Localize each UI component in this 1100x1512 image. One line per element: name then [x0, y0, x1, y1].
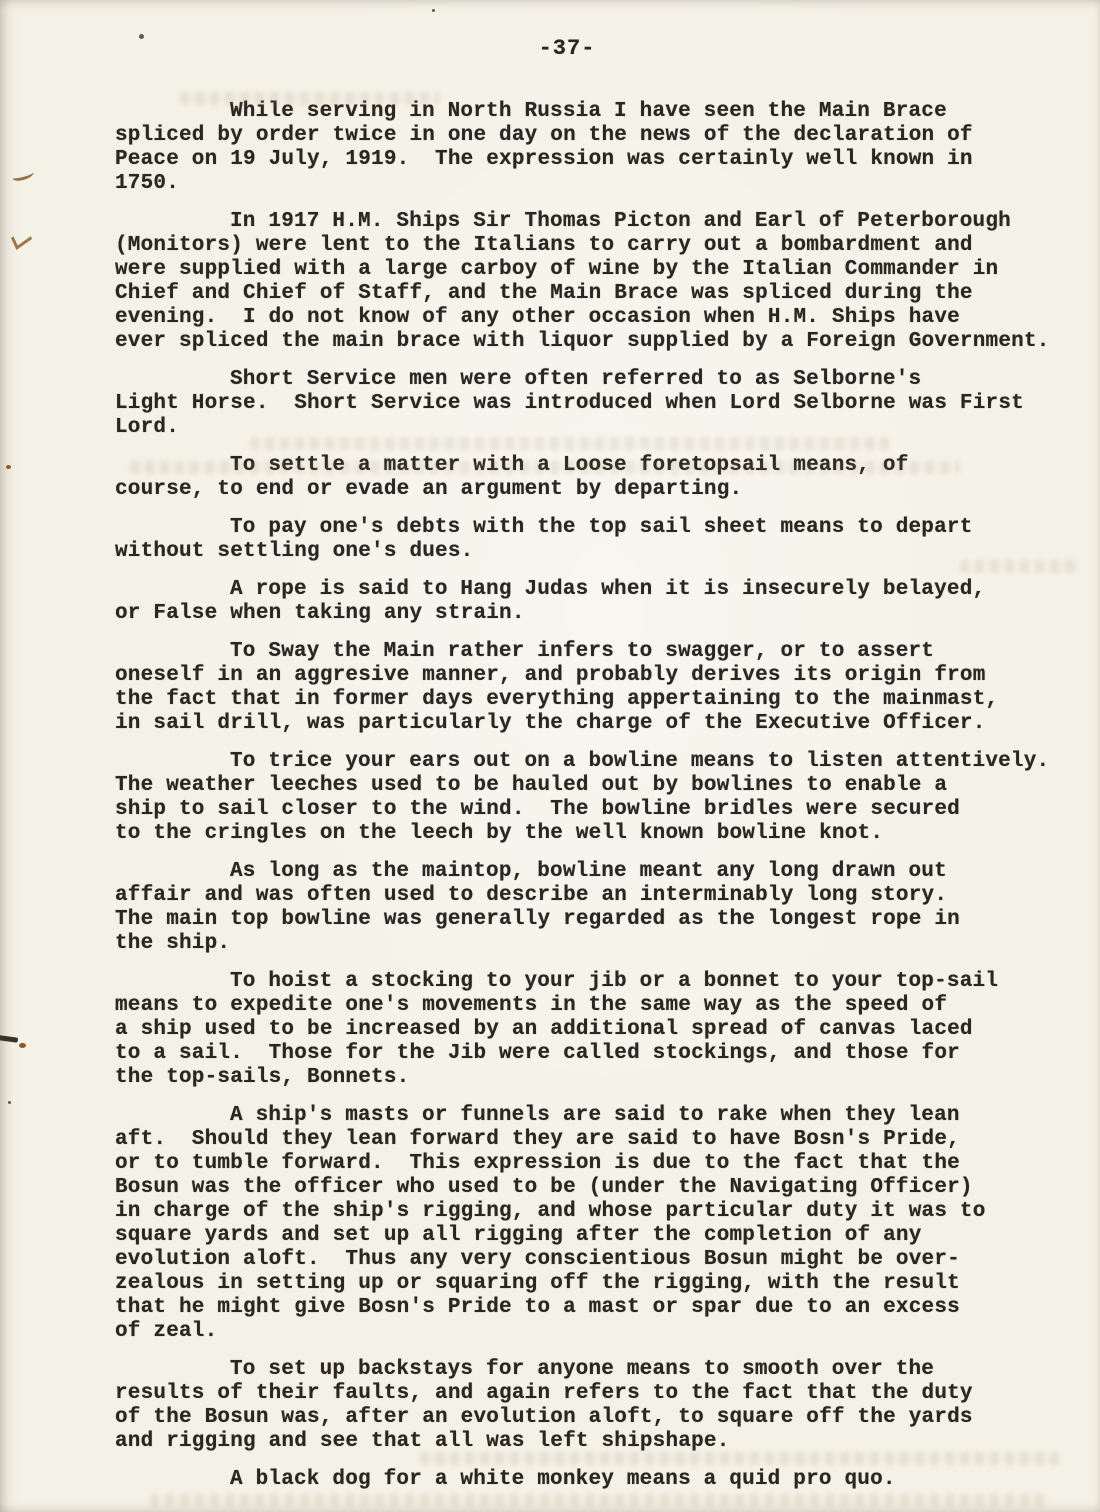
- text-line: A rope is said to Hang Judas when it is …: [115, 578, 1090, 602]
- text-line: evolution aloft. Thus any very conscient…: [115, 1248, 1090, 1272]
- paragraph: In 1917 H.M. Ships Sir Thomas Picton and…: [115, 210, 1090, 354]
- margin-pencil-mark: [6, 465, 11, 469]
- text-line: square yards and set up all rigging afte…: [115, 1224, 1090, 1248]
- paragraph: A black dog for a white monkey means a q…: [115, 1468, 1090, 1492]
- text-line: the fact that in former days everything …: [115, 688, 1090, 712]
- text-line: Peace on 19 July, 1919. The expression w…: [115, 148, 1090, 172]
- text-line: To pay one's debts with the top sail she…: [115, 516, 1090, 540]
- text-line: a ship used to be increased by an additi…: [115, 1018, 1090, 1042]
- text-line: and rigging and see that all was left sh…: [115, 1430, 1090, 1454]
- text-line: the ship.: [115, 932, 1090, 956]
- text-line: the top-sails, Bonnets.: [115, 1066, 1090, 1090]
- page-number: -37-: [0, 36, 1100, 61]
- paragraph: To hoist a stocking to your jib or a bon…: [115, 970, 1090, 1090]
- text-line: aft. Should they lean forward they are s…: [115, 1128, 1090, 1152]
- text-line: results of their faults, and again refer…: [115, 1382, 1090, 1406]
- text-line: A ship's masts or funnels are said to ra…: [115, 1104, 1090, 1128]
- text-line: affair and was often used to describe an…: [115, 884, 1090, 908]
- document-page: -37- While serving in North Russia I hav…: [0, 0, 1100, 1512]
- text-line: to a sail. Those for the Jib were called…: [115, 1042, 1090, 1066]
- text-line: 1750.: [115, 172, 1090, 196]
- text-line: Short Service men were often referred to…: [115, 368, 1090, 392]
- text-line: Bosun was the officer who used to be (un…: [115, 1176, 1090, 1200]
- text-line: To settle a matter with a Loose foretops…: [115, 454, 1090, 478]
- margin-pencil-mark: [11, 227, 32, 250]
- text-line: of the Bosun was, after an evolution alo…: [115, 1406, 1090, 1430]
- margin-pencil-mark: [19, 1043, 26, 1048]
- text-line: of zeal.: [115, 1320, 1090, 1344]
- paragraph: Short Service men were often referred to…: [115, 368, 1090, 440]
- text-line: A black dog for a white monkey means a q…: [115, 1468, 1090, 1492]
- text-line: without settling one's dues.: [115, 540, 1090, 564]
- text-line: that he might give Bosn's Pride to a mas…: [115, 1296, 1090, 1320]
- text-line: The weather leeches used to be hauled ou…: [115, 774, 1090, 798]
- text-line: zealous in setting up or squaring off th…: [115, 1272, 1090, 1296]
- paragraph: A rope is said to Hang Judas when it is …: [115, 578, 1090, 626]
- text-line: Light Horse. Short Service was introduce…: [115, 392, 1090, 416]
- text-line: in sail drill, was particularly the char…: [115, 712, 1090, 736]
- paragraph: A ship's masts or funnels are said to ra…: [115, 1104, 1090, 1344]
- text-line: in charge of the ship's rigging, and who…: [115, 1200, 1090, 1224]
- paragraph: To set up backstays for anyone means to …: [115, 1358, 1090, 1454]
- text-line: ship to sail closer to the wind. The bow…: [115, 798, 1090, 822]
- margin-ink-mark: [0, 1034, 18, 1043]
- paper-speck: [8, 1101, 11, 1104]
- paragraph: While serving in North Russia I have see…: [115, 100, 1090, 196]
- paragraph: To settle a matter with a Loose foretops…: [115, 454, 1090, 502]
- text-line: To hoist a stocking to your jib or a bon…: [115, 970, 1090, 994]
- paper-speck: [432, 9, 435, 12]
- text-line: oneself in an aggresive manner, and prob…: [115, 664, 1090, 688]
- text-line: course, to end or evade an argument by d…: [115, 478, 1090, 502]
- text-line: means to expedite one's movements in the…: [115, 994, 1090, 1018]
- text-line: To trice your ears out on a bowline mean…: [115, 750, 1090, 774]
- text-line: evening. I do not know of any other occa…: [115, 306, 1090, 330]
- document-body: While serving in North Russia I have see…: [115, 100, 1090, 1506]
- paragraph: As long as the maintop, bowline meant an…: [115, 860, 1090, 956]
- text-line: Chief and Chief of Staff, and the Main B…: [115, 282, 1090, 306]
- text-line: To set up backstays for anyone means to …: [115, 1358, 1090, 1382]
- text-line: spliced by order twice in one day on the…: [115, 124, 1090, 148]
- text-line: While serving in North Russia I have see…: [115, 100, 1090, 124]
- text-line: The main top bowline was generally regar…: [115, 908, 1090, 932]
- text-line: ever spliced the main brace with liquor …: [115, 330, 1090, 354]
- text-line: Lord.: [115, 416, 1090, 440]
- text-line: To Sway the Main rather infers to swagge…: [115, 640, 1090, 664]
- paragraph: To pay one's debts with the top sail she…: [115, 516, 1090, 564]
- text-line: As long as the maintop, bowline meant an…: [115, 860, 1090, 884]
- paragraph: To Sway the Main rather infers to swagge…: [115, 640, 1090, 736]
- text-line: (Monitors) were lent to the Italians to …: [115, 234, 1090, 258]
- text-line: or False when taking any strain.: [115, 602, 1090, 626]
- text-line: In 1917 H.M. Ships Sir Thomas Picton and…: [115, 210, 1090, 234]
- text-line: were supplied with a large carboy of win…: [115, 258, 1090, 282]
- margin-pencil-mark: [11, 168, 35, 182]
- paragraph: To trice your ears out on a bowline mean…: [115, 750, 1090, 846]
- text-line: or to tumble forward. This expression is…: [115, 1152, 1090, 1176]
- text-line: to the cringles on the leech by the well…: [115, 822, 1090, 846]
